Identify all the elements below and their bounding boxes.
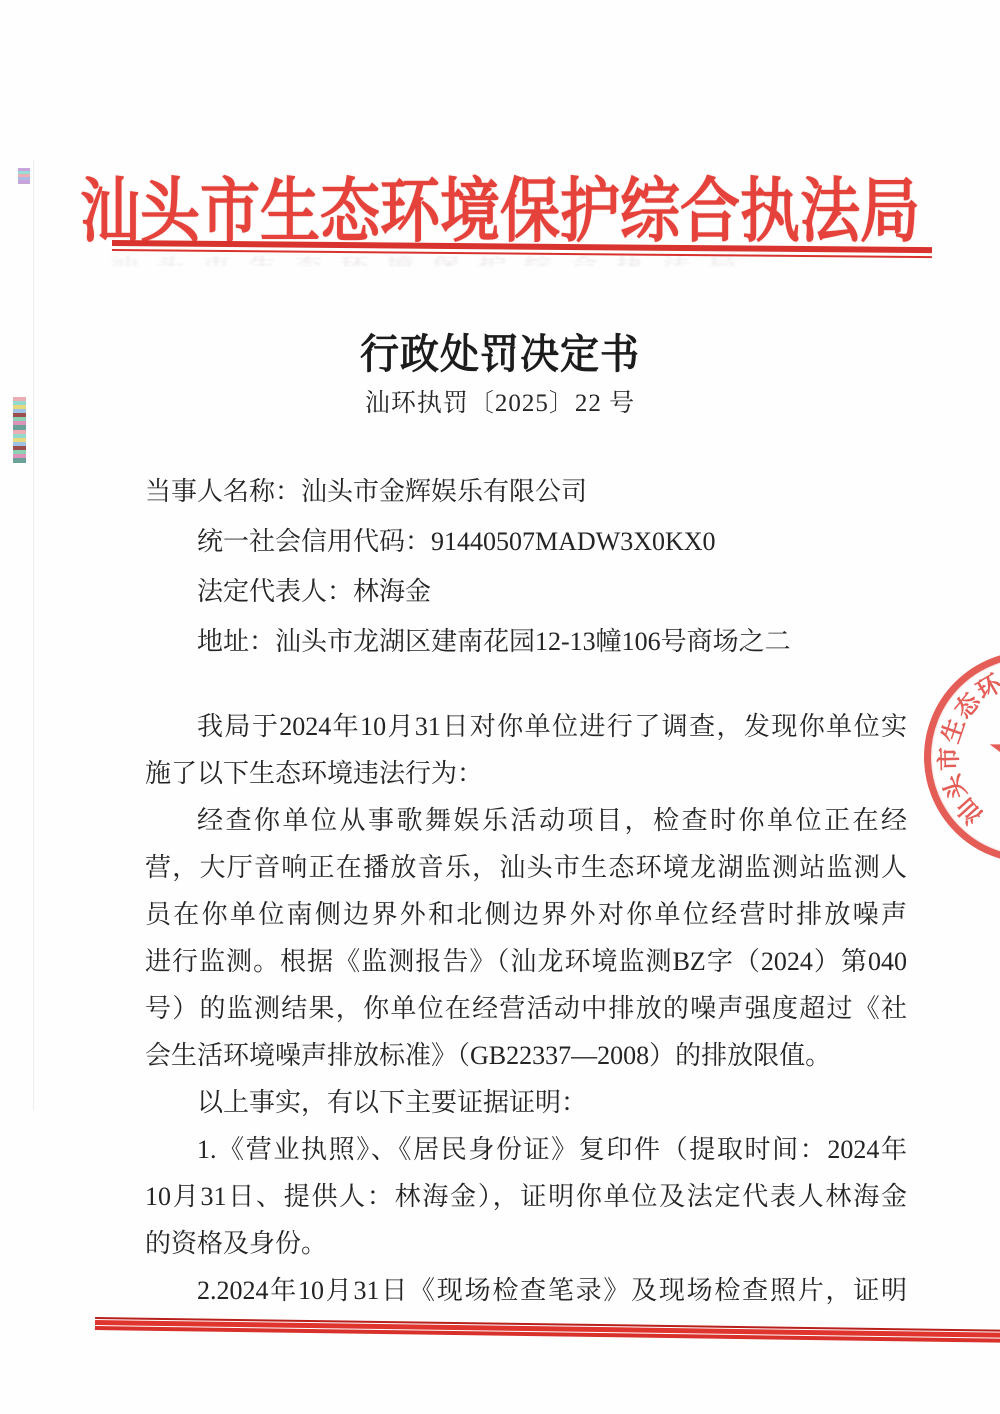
party-address-line: 地址：汕头市龙湖区建南花园12-13幢106号商场之二 xyxy=(145,617,907,667)
footer-divider-rule xyxy=(95,1317,1000,1343)
body-line: 员在你单位南侧边界外和北侧边界外对你单位经营时排放噪声 xyxy=(145,891,907,938)
body-line: 的资格及身份。 xyxy=(145,1220,907,1267)
body-line: 营，大厅音响正在播放音乐，汕头市生态环境龙湖监测站监测人 xyxy=(145,844,907,891)
scan-artifact-ghost-text: 汕头市生态环境保护综合执法局 xyxy=(110,252,890,266)
document-number: 汕环执罚〔2025〕22 号 xyxy=(0,383,1000,419)
scan-artifact-vertical-line xyxy=(33,160,34,1110)
body-line: 2.2024年10月31日《现场检查笔录》及现场检查照片，证明 xyxy=(145,1267,907,1314)
body-line: 经查你单位从事歌舞娱乐活动项目，检查时你单位正在经 xyxy=(145,797,907,844)
body-line: 进行监测。根据《监测报告》（汕龙环境监测BZ字（2024）第040 xyxy=(145,938,907,985)
body-line: 会生活环境噪声排放标准》（GB22337—2008）的排放限值。 xyxy=(145,1032,907,1079)
body-line: 1.《营业执照》、《居民身份证》复印件（提取时间：2024年 xyxy=(145,1126,907,1173)
party-legal-rep-line: 法定代表人：林海金 xyxy=(145,567,907,617)
document-title: 行政处罚决定书 xyxy=(0,322,1000,381)
official-stamp: 汕头市生态环境保护综合执法局 xyxy=(924,651,1000,863)
body-line: 以上事实，有以下主要证据证明： xyxy=(145,1079,907,1126)
party-info-block: 当事人名称：汕头市金辉娱乐有限公司 统一社会信用代码：91440507MADW3… xyxy=(145,467,907,667)
party-name-line: 当事人名称：汕头市金辉娱乐有限公司 xyxy=(145,467,907,517)
scanned-document-page: 汕头市生态环境保护综合执法局 汕头市生态环境保护综合执法局 行政处罚决定书 汕环… xyxy=(0,0,1000,1414)
body-line: 施了以下生态环境违法行为： xyxy=(145,750,907,797)
body-line: 10月31日、提供人：林海金），证明你单位及法定代表人林海金 xyxy=(145,1173,907,1220)
document-body: 我局于2024年10月31日对你单位进行了调查，发现你单位实 施了以下生态环境违… xyxy=(145,703,907,1314)
stamp-character: 市 xyxy=(937,746,964,773)
body-line: 号）的监测结果，你单位在经营活动中排放的噪声强度超过《社 xyxy=(145,985,907,1032)
body-line: 我局于2024年10月31日对你单位进行了调查，发现你单位实 xyxy=(145,703,907,750)
party-credit-code-line: 统一社会信用代码：91440507MADW3X0KX0 xyxy=(145,517,907,567)
